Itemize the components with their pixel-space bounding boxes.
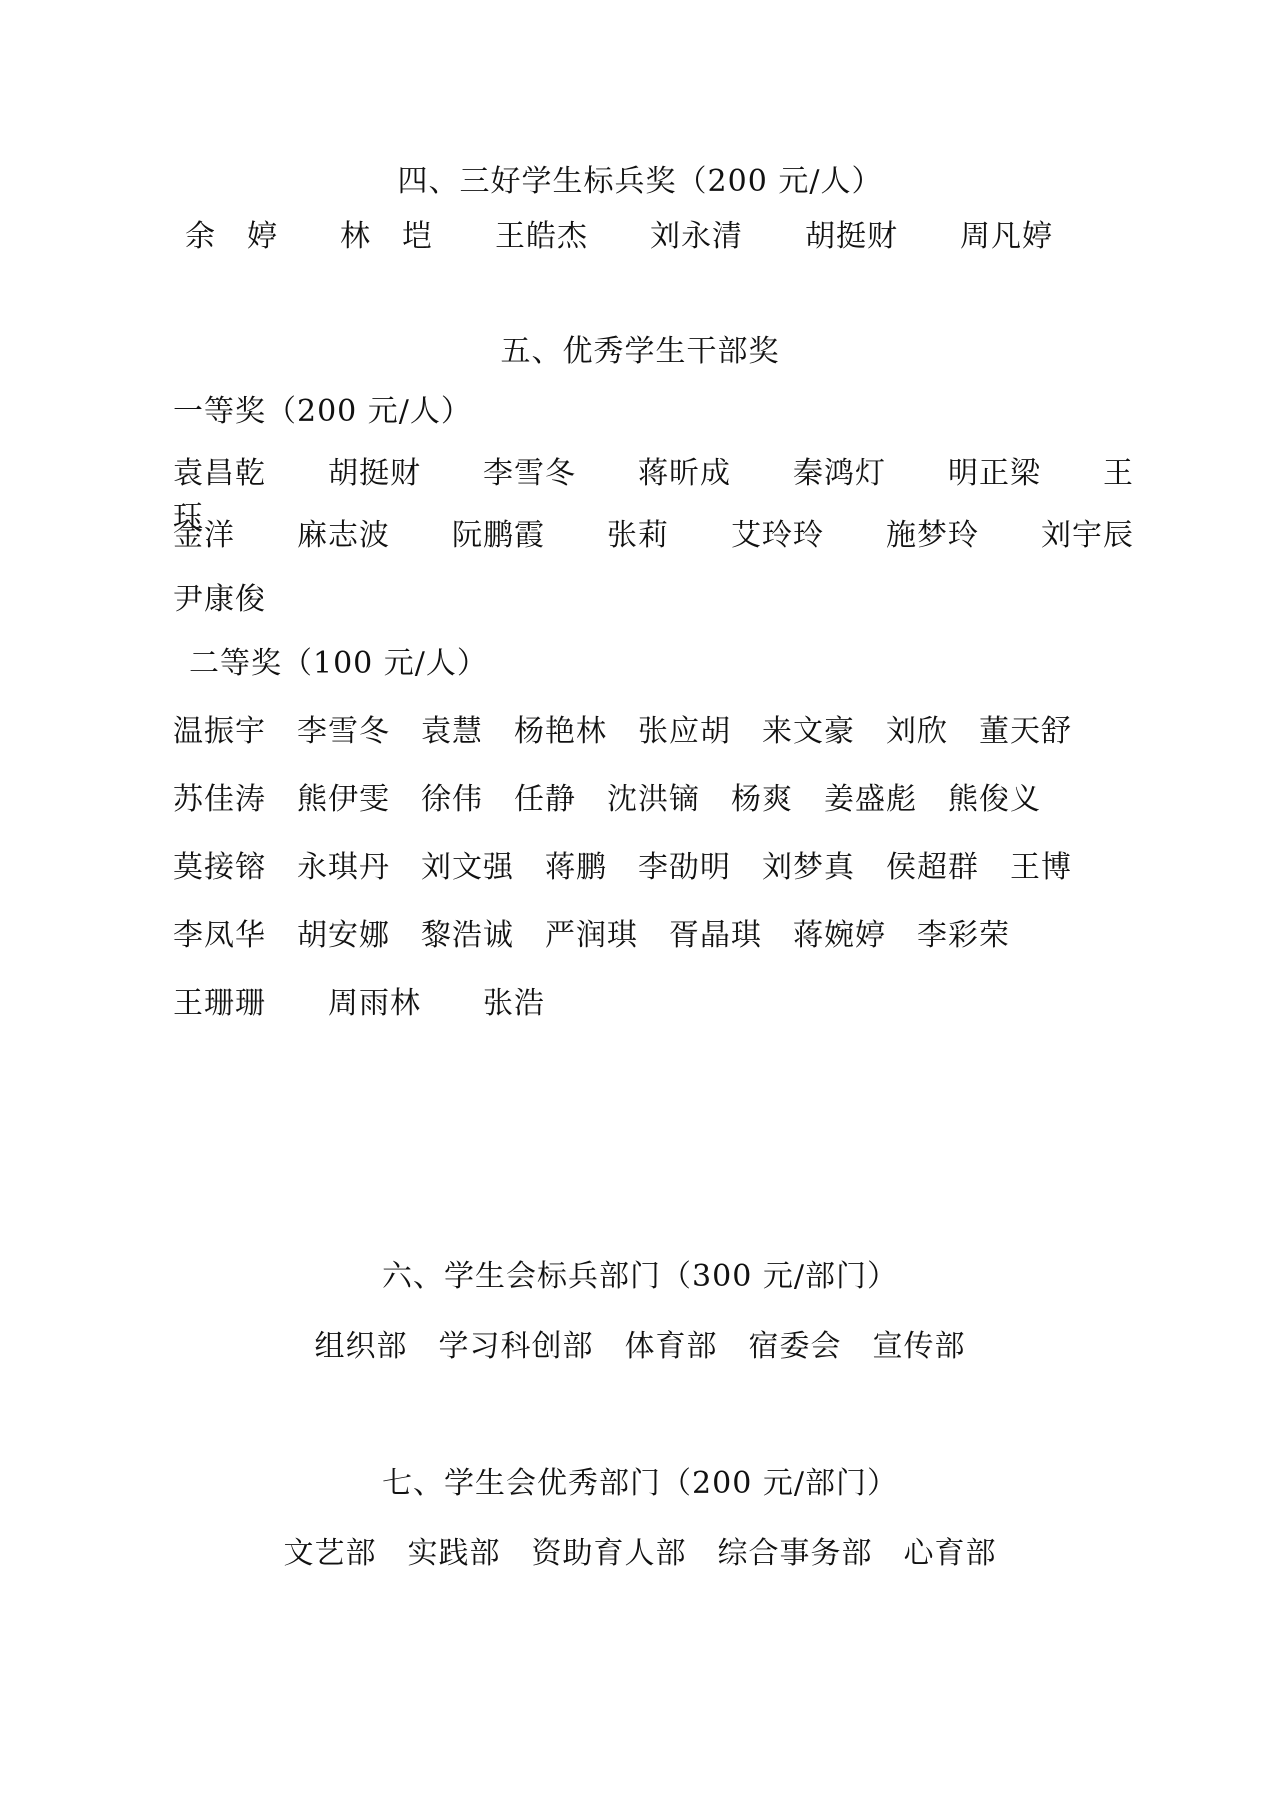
section-4-heading: 四、三好学生标兵奖（200 元/人） — [0, 160, 1280, 204]
second-prize-row-3: 莫接镕 永琪丹 刘文强 蒋鹏 李劭明 刘梦真 侯超群 王博 — [173, 846, 1160, 890]
document-page: 四、三好学生标兵奖（200 元/人） 余 婷 林 垲 王皓杰 刘永清 胡挺财 周… — [0, 0, 1280, 1810]
section-7-departments: 文艺部 实践部 资助育人部 综合事务部 心育部 — [0, 1532, 1280, 1576]
section-6-heading: 六、学生会标兵部门（300 元/部门） — [0, 1255, 1280, 1299]
second-prize-row-2: 苏佳涛 熊伊雯 徐伟 任静 沈洪镝 杨爽 姜盛彪 熊俊义 — [173, 778, 1160, 822]
first-prize-row-2: 金洋 麻志波 阮鹏霞 张莉 艾玲玲 施梦玲 刘宇辰 — [173, 514, 1160, 558]
second-prize-row-5: 王珊珊 周雨林 张浩 — [173, 982, 1160, 1026]
first-prize-row-3: 尹康俊 — [173, 578, 1160, 622]
section-5-heading: 五、优秀学生干部奖 — [0, 330, 1280, 374]
section-4-winners: 余 婷 林 垲 王皓杰 刘永清 胡挺财 周凡婷 — [185, 215, 1160, 259]
section-7-heading: 七、学生会优秀部门（200 元/部门） — [0, 1462, 1280, 1506]
second-prize-row-4: 李凤华 胡安娜 黎浩诚 严润琪 胥晶琪 蒋婉婷 李彩荣 — [173, 914, 1160, 958]
second-prize-label: 二等奖（100 元/人） — [189, 642, 1160, 686]
first-prize-label: 一等奖（200 元/人） — [173, 390, 1160, 434]
section-6-departments: 组织部 学习科创部 体育部 宿委会 宣传部 — [0, 1325, 1280, 1369]
second-prize-row-1: 温振宇 李雪冬 袁慧 杨艳林 张应胡 来文豪 刘欣 董天舒 — [173, 710, 1160, 754]
